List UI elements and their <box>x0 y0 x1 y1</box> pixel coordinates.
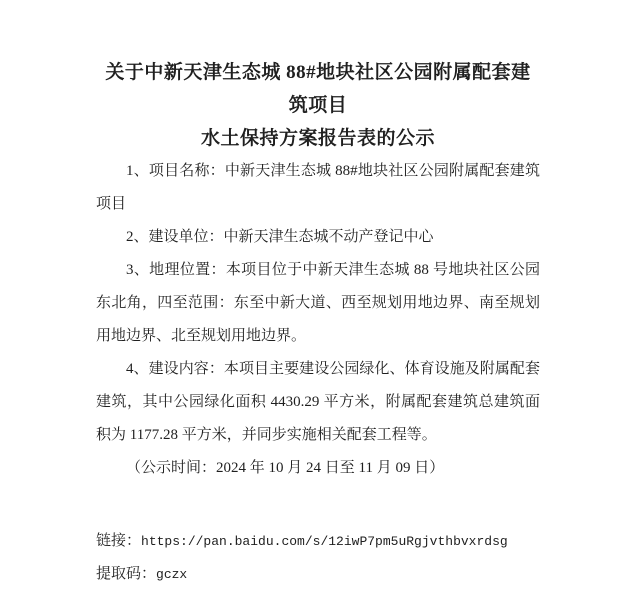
page-title: 关于中新天津生态城 88#地块社区公园附属配套建筑项目 水土保持方案报告表的公示 <box>96 56 540 155</box>
extraction-code-value: gczx <box>156 567 187 582</box>
link-label: 链接： <box>96 533 141 549</box>
publicity-period: （公示时间：2024 年 10 月 24 日至 11 月 09 日） <box>96 452 540 485</box>
paragraph-construction-unit: 2、建设单位：中新天津生态城不动产登记中心 <box>96 221 540 254</box>
paragraph-construction-content: 4、建设内容：本项目主要建设公园绿化、体育设施及附属配套建筑，其中公园绿化面积 … <box>96 353 540 452</box>
extraction-code-line: 提取码：gczx <box>96 558 540 591</box>
page-title-line-1: 关于中新天津生态城 88#地块社区公园附属配套建筑项目 <box>96 56 540 122</box>
baidu-pan-url: https://pan.baidu.com/s/12iwP7pm5uRgjvth… <box>141 534 508 549</box>
extraction-code-label: 提取码： <box>96 566 156 582</box>
notice-document-page: 关于中新天津生态城 88#地块社区公园附属配套建筑项目 水土保持方案报告表的公示… <box>0 0 635 611</box>
download-info-block: 链接：https://pan.baidu.com/s/12iwP7pm5uRgj… <box>96 525 540 591</box>
paragraph-geographic-location: 3、地理位置：本项目位于中新天津生态城 88 号地块社区公园东北角，四至范围：东… <box>96 254 540 353</box>
download-link-line: 链接：https://pan.baidu.com/s/12iwP7pm5uRgj… <box>96 525 540 558</box>
page-title-line-2: 水土保持方案报告表的公示 <box>96 122 540 155</box>
paragraph-project-name: 1、项目名称：中新天津生态城 88#地块社区公园附属配套建筑项目 <box>96 155 540 221</box>
